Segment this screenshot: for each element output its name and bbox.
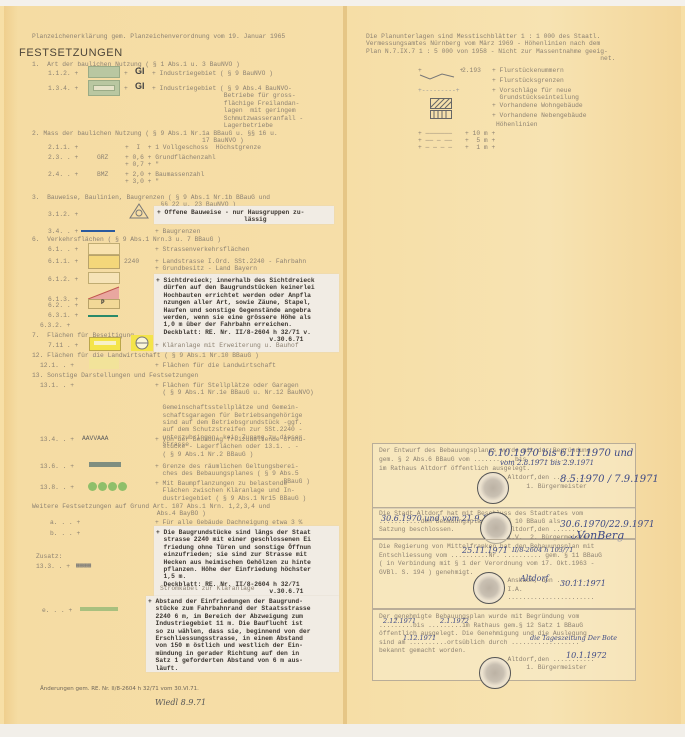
item-6-2-code: 6.2. . + — [48, 302, 78, 309]
gi-symbol: GI — [135, 81, 145, 91]
legend-parcel-numbers: + Flurstückenummern — [492, 67, 564, 74]
traffic-area-swatch — [88, 243, 120, 255]
item-b-code: b. . . + — [50, 530, 80, 537]
industrial-swatch — [88, 66, 120, 78]
power-cable-note: Stromkabel zur Kläranlage — [160, 585, 254, 592]
treatment-plant-swatch — [89, 337, 121, 351]
contour-1m: + 1 m + — [465, 144, 495, 151]
item-6-1-2-code: 6.1.2. + — [48, 276, 78, 283]
official-seal-stamp — [479, 657, 511, 689]
item-13-3-code: 13.3. . + — [36, 563, 70, 570]
parcel-number-sample: 2.193 — [462, 67, 481, 74]
item-6-3-1-code: 6.3.1. + — [48, 312, 78, 319]
item-e-code: e. . . + — [42, 607, 72, 614]
amendment-signature: Wiedl 8.9.71 — [155, 698, 206, 707]
item-1-1-2-text: + Industriegebiet ( § 9 BauNVO ) — [152, 70, 273, 77]
section-12: 12. Flächen für die Landwirtschaft ( § 9… — [32, 352, 259, 359]
tree-planting-symbol — [88, 478, 128, 490]
document-sheet: Planzeichenerklärung gem. Planzeichenver… — [0, 6, 685, 737]
scope-boundary-line — [89, 462, 121, 467]
item-13-8-code: 13.8. . + — [40, 484, 74, 491]
item-13-4-code: 13.4. . + — [40, 436, 74, 443]
item-6-1-code: 6.1. . + — [48, 246, 78, 253]
legend-outbuildings: + Vorhandene Nebengebäude — [492, 112, 586, 119]
item-3-1-2-code: 3.1.2. + — [48, 211, 78, 218]
item-3-4-code: 3.4. . + — [48, 228, 78, 235]
page-title: FESTSETZUNGEN — [19, 47, 123, 59]
legend-parcel-boundaries: + Flurstücksgrenzen — [492, 77, 564, 84]
item-1-1-2-code: 1.1.2. + — [48, 70, 78, 77]
grz-values: + 0,6 + Grundflächenzahl + 0,7 + " — [125, 154, 216, 169]
bmz-values: + 2,0 + Baumassenzahl + 3,0 + " — [125, 171, 204, 186]
background-strip — [0, 724, 685, 737]
item-13-6-code: 13.6. . + — [40, 463, 74, 470]
item-6-3-2-code: 6.3.2. + — [40, 322, 70, 329]
item-3-1-2-text: + Offene Bauweise - nur Hausgruppen zu- … — [157, 209, 304, 224]
section-6: 6. Verkehrsflächen ( § 9 Abs.1 Nrn.3 u. … — [32, 236, 221, 243]
item-6-1-3-text: + Sichtdreieck; innerhalb des Sichtdreie… — [156, 277, 315, 344]
industrial-special-swatch — [88, 80, 120, 96]
parking-swatch: P — [88, 299, 120, 309]
hedge-symbol — [80, 607, 118, 611]
item-1-3-4-code: 1.3.4. + — [48, 85, 78, 92]
gi-symbol: GI — [135, 66, 145, 76]
item-2-4-code: 2.4. . + — [48, 171, 78, 178]
item-2-3-code: 2.3. . + — [48, 154, 78, 161]
parcel-boundary-icon — [418, 71, 462, 83]
dashed-symbol: ▦▦▦▦ — [76, 562, 91, 569]
item-7-11-code: 7.11 . + — [48, 342, 78, 349]
outbuilding-hatch-icon — [430, 110, 452, 119]
open-construction-triangle-icon — [128, 202, 150, 220]
state-road-swatch — [88, 255, 120, 269]
item-12-1-code: 12.1. . + — [40, 362, 74, 369]
agriculture-swatch — [89, 357, 119, 369]
legend-header-line: Planzeichenerklärung gem. Planzeichenver… — [32, 33, 285, 40]
contour-title: Höhenlinien — [496, 121, 538, 128]
handwritten-draft-dates: 6.10.1970 bis 6.11.1970 und — [488, 448, 633, 459]
legend-residential: + Vorhandene Wohngebäude — [492, 102, 583, 109]
building-limit-line — [81, 230, 115, 232]
basemap-note: Die Planunterlagen sind Messtischblätter… — [366, 33, 615, 63]
item-1-3-4-text: + Industriegebiet ( § 9 Abs.4 BauNVO- Be… — [152, 85, 303, 129]
further-regulations: Weitere Festsetzungen auf Grund Art. 107… — [32, 503, 270, 518]
item-a-code: a. . . + — [50, 519, 80, 526]
item-13-1-code: 13.1. . + — [40, 382, 74, 389]
sight-triangle-icon — [88, 286, 120, 300]
section-13: 13. Sonstige Darstellungen und Festsetzu… — [32, 372, 198, 379]
section-2: 2. Mass der baulichen Nutzung ( § 9 Abs.… — [32, 130, 278, 145]
addendum-label: Zusatz: — [36, 553, 62, 560]
legend-new-division: + Vorschläge für neue Grundstückseinteil… — [492, 87, 579, 102]
item-e-text: + Abstand der Einfriedungen der Baugrund… — [148, 598, 311, 672]
zigzag-symbol: AAVVAAA — [82, 435, 108, 442]
item-6-1-1-code: 6.1.1. + — [48, 258, 78, 265]
official-seal-stamp — [473, 572, 505, 604]
amendment-note: Änderungen gem. RE. Nr. II/8-2604 h 32/7… — [40, 686, 199, 693]
residential-building-hatch-icon — [430, 98, 452, 109]
official-seal-stamp — [477, 472, 509, 504]
item-2-1-1-code: 2.1.1. + — [48, 144, 78, 151]
treatment-plant-symbol-icon — [131, 335, 153, 351]
